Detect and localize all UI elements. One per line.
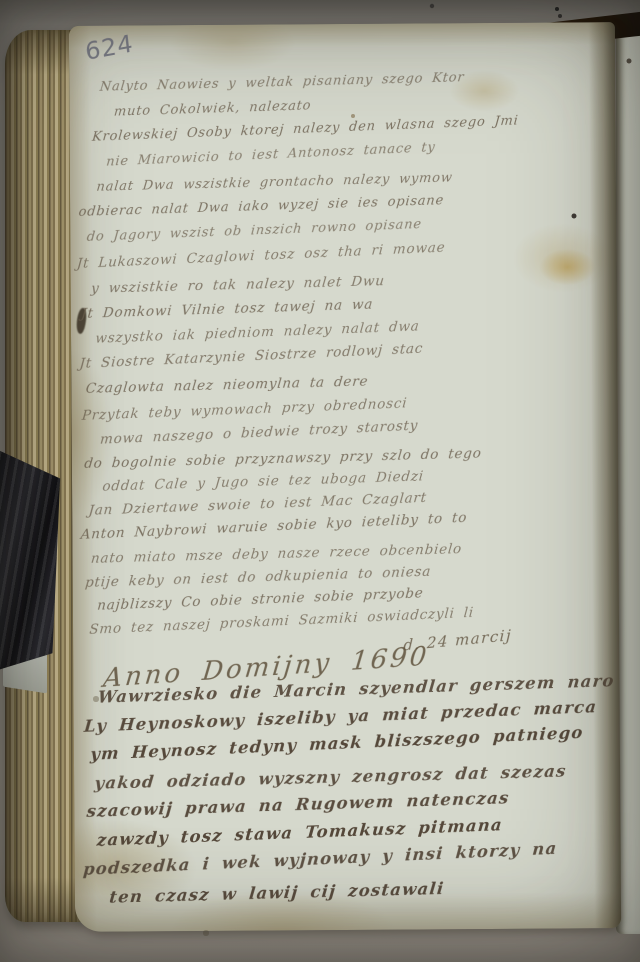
manuscript-text: Nalyto Naowies y weltak pisaniany szego … [69, 22, 621, 932]
manuscript-paragraph: Nalyto Naowies y weltak pisaniany szego … [69, 76, 616, 255]
manuscript-photo: 624 Nalyto Naowies y weltak pisaniany sz… [0, 0, 640, 962]
manuscript-paragraph: Jt Lukaszowi Czaglowi tosz osz tha ri mo… [70, 252, 617, 406]
manuscript-paragraph: Wawrziesko die Marcin szyendlar gerszem … [73, 684, 621, 917]
manuscript-page: 624 Nalyto Naowies y weltak pisaniany sz… [69, 22, 621, 932]
heading-line: d. 24 marcij Anno Domijny 1690 [73, 630, 619, 704]
dust-specks [0, 0, 2, 2]
manuscript-paragraph: Przytak teby wymowach przy obrednoscimow… [72, 404, 620, 646]
heading-anno-domini: Anno Domijny 1690 [102, 641, 431, 694]
